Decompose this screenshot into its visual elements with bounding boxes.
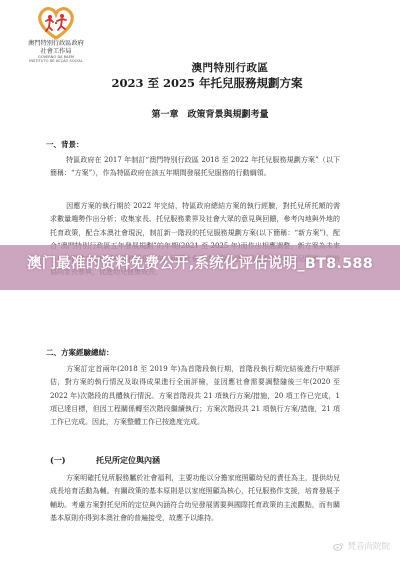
overlay-banner-text: 澳门最准的资料免费公开,系统化评估说明_BT8.588 [0, 252, 400, 273]
document-page: 澳門特別行政區政府 社會工作局 GOVERNO DA RAEM INSTITUT… [0, 0, 400, 561]
document-title-region: 澳門特別行政區 [0, 60, 400, 75]
ias-logo: 澳門特別行政區政府 社會工作局 GOVERNO DA RAEM INSTITUT… [20, 6, 92, 63]
paragraph-text: 特區政府在 2017 年制訂“澳門特別行政區 2018 至 2022 年托兒服務… [50, 156, 340, 177]
logo-text-bureau: 社會工作局 [20, 48, 92, 55]
paragraph-experience: 方案訂定首兩年(2018 至 2019 年)為首階段執行期，首階段執行期完結後進… [50, 363, 340, 429]
watermark-text: 梵音尚院院 [347, 540, 390, 552]
chapter-heading: 第一章 政策背景與規劃考量 [0, 107, 400, 120]
subsection-number: (一) [50, 455, 96, 466]
weibo-icon [333, 542, 344, 551]
source-watermark: 梵音尚院院 [333, 540, 390, 552]
subsection-title: 托兒所定位與內涵 [96, 455, 160, 465]
section-heading-background: 一、背景： [46, 139, 84, 150]
paragraph-background-1: 特區政府在 2017 年制訂“澳門特別行政區 2018 至 2022 年托兒服務… [50, 154, 340, 181]
document-title-plan: 2023 至 2025 年托兒服務規劃方案 [0, 75, 400, 91]
section-heading-experience: 二、方案經驗總結： [46, 347, 114, 358]
logo-text-government: 澳門特別行政區政府 [20, 40, 92, 48]
subsection-heading-positioning: (一)托兒所定位與內涵 [50, 455, 160, 466]
heart-family-logo-icon [36, 6, 76, 40]
paragraph-text: 方案明確托兒所服務屬於社會福利，主要功能以分擔家庭照顧幼兒的責任為主，提供幼兒成… [50, 474, 340, 522]
paragraph-positioning: 方案明確托兒所服務屬於社會福利，主要功能以分擔家庭照顧幼兒的責任為主，提供幼兒成… [50, 472, 340, 525]
paragraph-text: 方案訂定首兩年(2018 至 2019 年)為首階段執行期，首階段執行期完結後進… [50, 365, 340, 426]
